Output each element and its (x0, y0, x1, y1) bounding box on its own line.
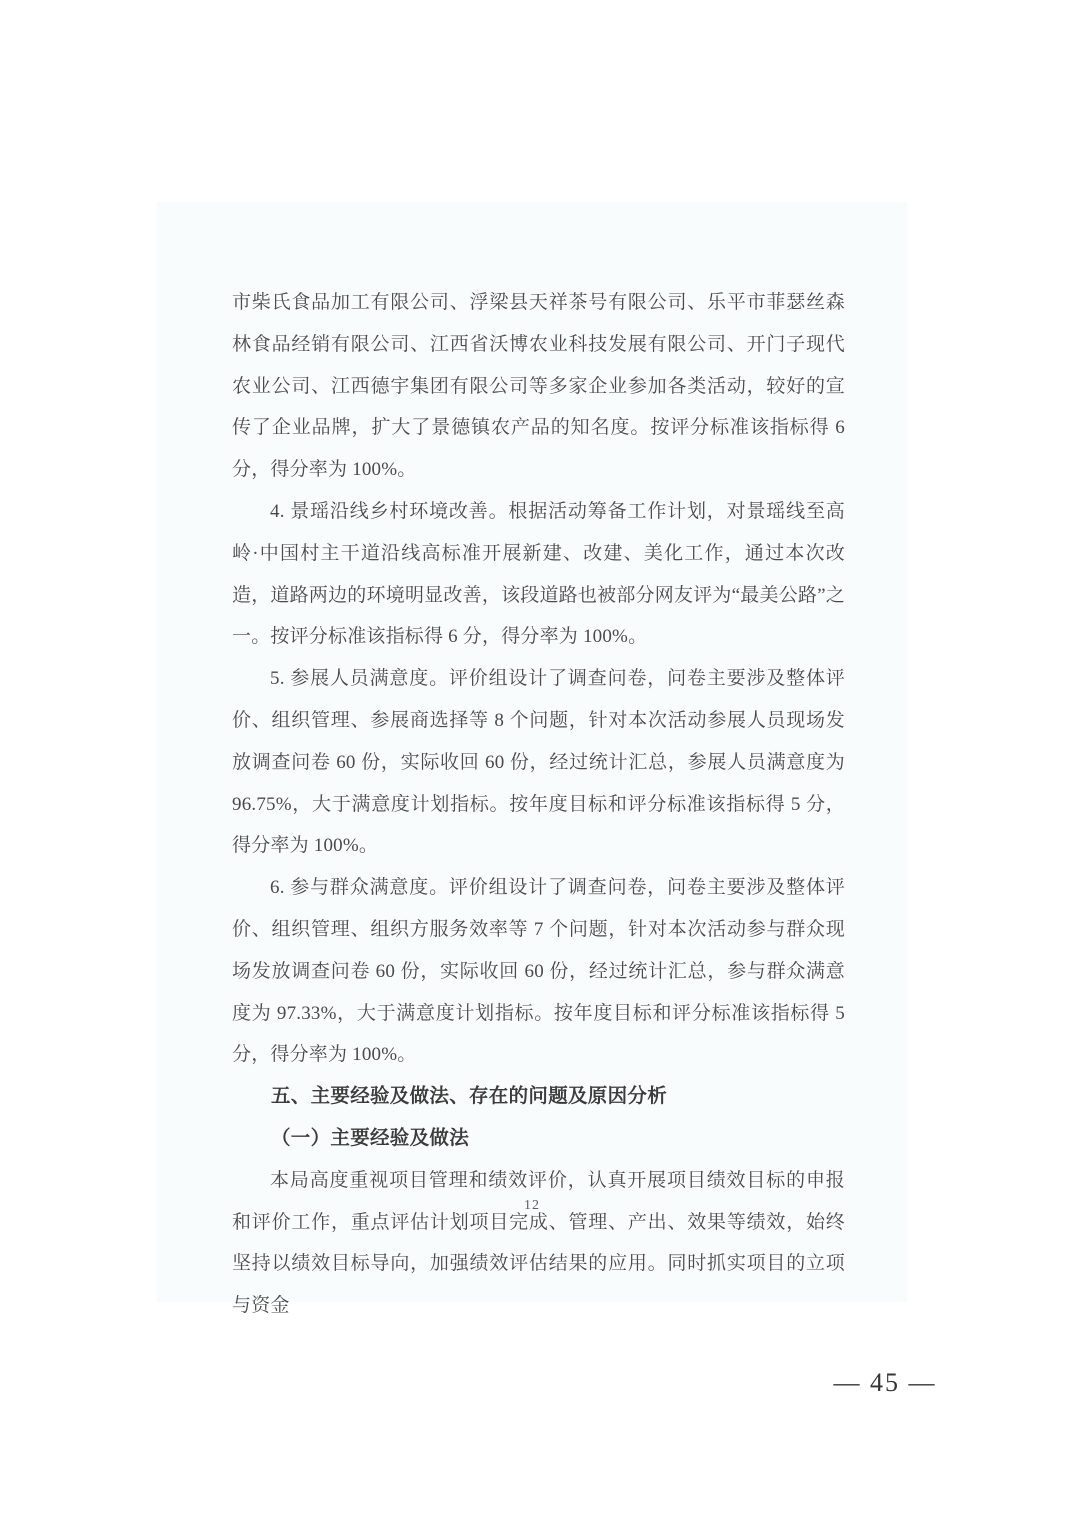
book-page-number: — 45 — (820, 1368, 950, 1398)
paragraph-item-6-public-satisfaction: 6. 参与群众满意度。评价组设计了调查问卷，问卷主要涉及整体评价、组织管理、组织… (232, 867, 845, 1076)
page-canvas: 市柴氏食品加工有限公司、浮梁县天祥茶号有限公司、乐平市菲瑟丝森林食品经销有限公司… (0, 0, 1074, 1520)
paragraph-continued-companies: 市柴氏食品加工有限公司、浮梁县天祥茶号有限公司、乐平市菲瑟丝森林食品经销有限公司… (232, 282, 845, 491)
paragraph-item-4-environment: 4. 景瑶沿线乡村环境改善。根据活动筹备工作计划，对景瑶线至高岭·中国村主干道沿… (232, 491, 845, 658)
subsection-heading-one: （一）主要经验及做法 (232, 1118, 845, 1160)
scanned-document-page: 市柴氏食品加工有限公司、浮梁县天祥茶号有限公司、乐平市菲瑟丝森林食品经销有限公司… (157, 202, 907, 1302)
inner-page-number: 12 (157, 1198, 907, 1214)
section-heading-five: 五、主要经验及做法、存在的问题及原因分析 (232, 1076, 845, 1118)
document-body: 市柴氏食品加工有限公司、浮梁县天祥茶号有限公司、乐平市菲瑟丝森林食品经销有限公司… (232, 282, 845, 1327)
paragraph-main-experience: 本局高度重视项目管理和绩效评价，认真开展项目绩效目标的申报和评价工作，重点评估计… (232, 1160, 845, 1327)
paragraph-item-5-exhibitor-satisfaction: 5. 参展人员满意度。评价组设计了调查问卷，问卷主要涉及整体评价、组织管理、参展… (232, 658, 845, 867)
